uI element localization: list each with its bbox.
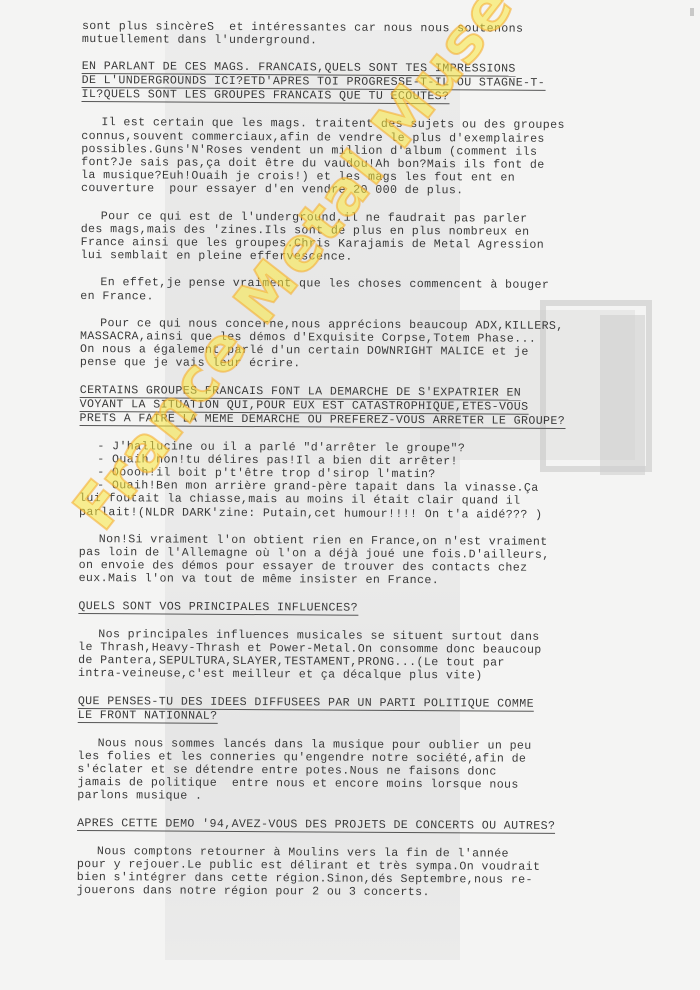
paragraph-line: en France. — [80, 290, 640, 307]
paragraph-line: couverture pour essayer d'en vendre 20 0… — [81, 182, 641, 199]
answer-paragraph: En effet,je pense vraiment que les chose… — [80, 276, 640, 306]
interview-question: APRES CETTE DEMO '94,AVEZ-VOUS DES PROJE… — [77, 817, 637, 834]
answer-paragraph: Nous comptons retourner à Moulins vers l… — [77, 845, 637, 901]
answer-paragraph: Il est certain que les mags. traitent de… — [81, 116, 641, 199]
question-line: QUELS SONT VOS PRINCIPALES INFLUENCES? — [78, 601, 358, 616]
paragraph-line: intra-veineuse,c'est meilleur et ça déca… — [78, 667, 638, 684]
answer-paragraph: Nos principales influences musicales se … — [78, 628, 638, 684]
paragraph-line: pense que je vais leur écrire. — [80, 356, 640, 373]
dialogue-continuation: parlait!(NLDR DARK'zine: Putain,cet humo… — [79, 506, 639, 523]
question-line: IL?QUELS SONT LES GROUPES FRANCAIS QUE T… — [81, 89, 449, 104]
paragraph-line: jouerons dans notre région pour 2 ou 3 c… — [77, 884, 637, 901]
paragraph-line: lui semblait en pleine effervescence. — [81, 249, 641, 266]
interview-question: QUE PENSES-TU DES IDEES DIFFUSEES PAR UN… — [78, 694, 638, 725]
dialogue-answer: - J'hallucine ou il a parlé "d'arrêter l… — [79, 440, 639, 523]
answer-paragraph: sont plus sincèreS et intéressantes car … — [82, 20, 642, 50]
question-line: APRES CETTE DEMO '94,AVEZ-VOUS DES PROJE… — [77, 818, 555, 834]
paragraph-line: mutuellement dans l'underground. — [82, 33, 642, 50]
answer-paragraph: Pour ce qui nous concerne,nous apprécion… — [80, 317, 640, 373]
scan-mark — [690, 8, 694, 16]
interview-question: QUELS SONT VOS PRINCIPALES INFLUENCES? — [78, 600, 638, 617]
question-line: PRETS A FAIRE LA MEME DEMARCHE OU PREFER… — [80, 413, 566, 429]
zine-page: sont plus sincèreS et intéressantes car … — [77, 20, 642, 915]
interview-question: CERTAINS GROUPES FRANCAIS FONT LA DEMARC… — [80, 384, 640, 429]
answer-paragraph: Non!Si vraiment l'on obtient rien en Fra… — [79, 533, 639, 589]
paragraph-line: eux.Mais l'on va tout de même insister e… — [79, 572, 639, 589]
answer-paragraph: Pour ce qui est de l'underground,il ne f… — [81, 210, 641, 266]
paragraph-line: parlons musique . — [77, 789, 637, 806]
interview-question: EN PARLANT DE CES MAGS. FRANCAIS,QUELS S… — [81, 60, 641, 105]
answer-paragraph: Nous nous sommes lancés dans la musique … — [77, 736, 637, 805]
question-line: LE FRONT NATIONNAL? — [78, 709, 218, 723]
